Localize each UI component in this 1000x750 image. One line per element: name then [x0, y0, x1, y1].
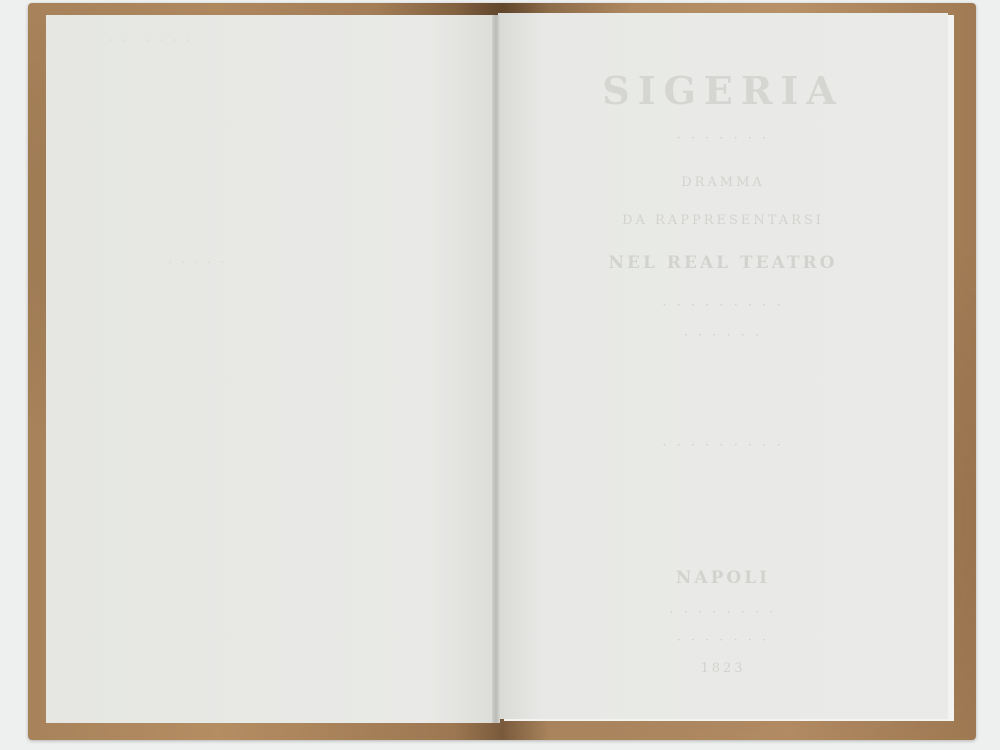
- title-line: · · · · · ·: [498, 328, 948, 343]
- title-line: · · · · · · ·: [498, 131, 948, 146]
- imprint-line: · · · · · · · ·: [498, 605, 948, 620]
- show-through-line: · · · · ·: [166, 255, 224, 271]
- book-title: SIGERIA: [498, 68, 948, 113]
- title-line: · · · · · · · · ·: [498, 298, 948, 313]
- title-line: · · · · · · · · ·: [498, 438, 948, 453]
- title-line: DA RAPPRESENTARSI: [498, 213, 948, 228]
- show-through-line: · · · · · · ·: [106, 33, 190, 49]
- left-page: · · · · · · · · · · · ·: [46, 15, 494, 723]
- title-page: SIGERIA · · · · · · · DRAMMA DA RAPPRESE…: [498, 13, 948, 719]
- title-line: NEL REAL TEATRO: [498, 253, 948, 273]
- title-line: DRAMMA: [498, 175, 948, 190]
- imprint-city: NAPOLI: [498, 568, 948, 588]
- imprint-line: · · · · · · ·: [498, 633, 948, 648]
- book-gutter: [492, 15, 500, 723]
- imprint-year: 1823: [498, 661, 948, 676]
